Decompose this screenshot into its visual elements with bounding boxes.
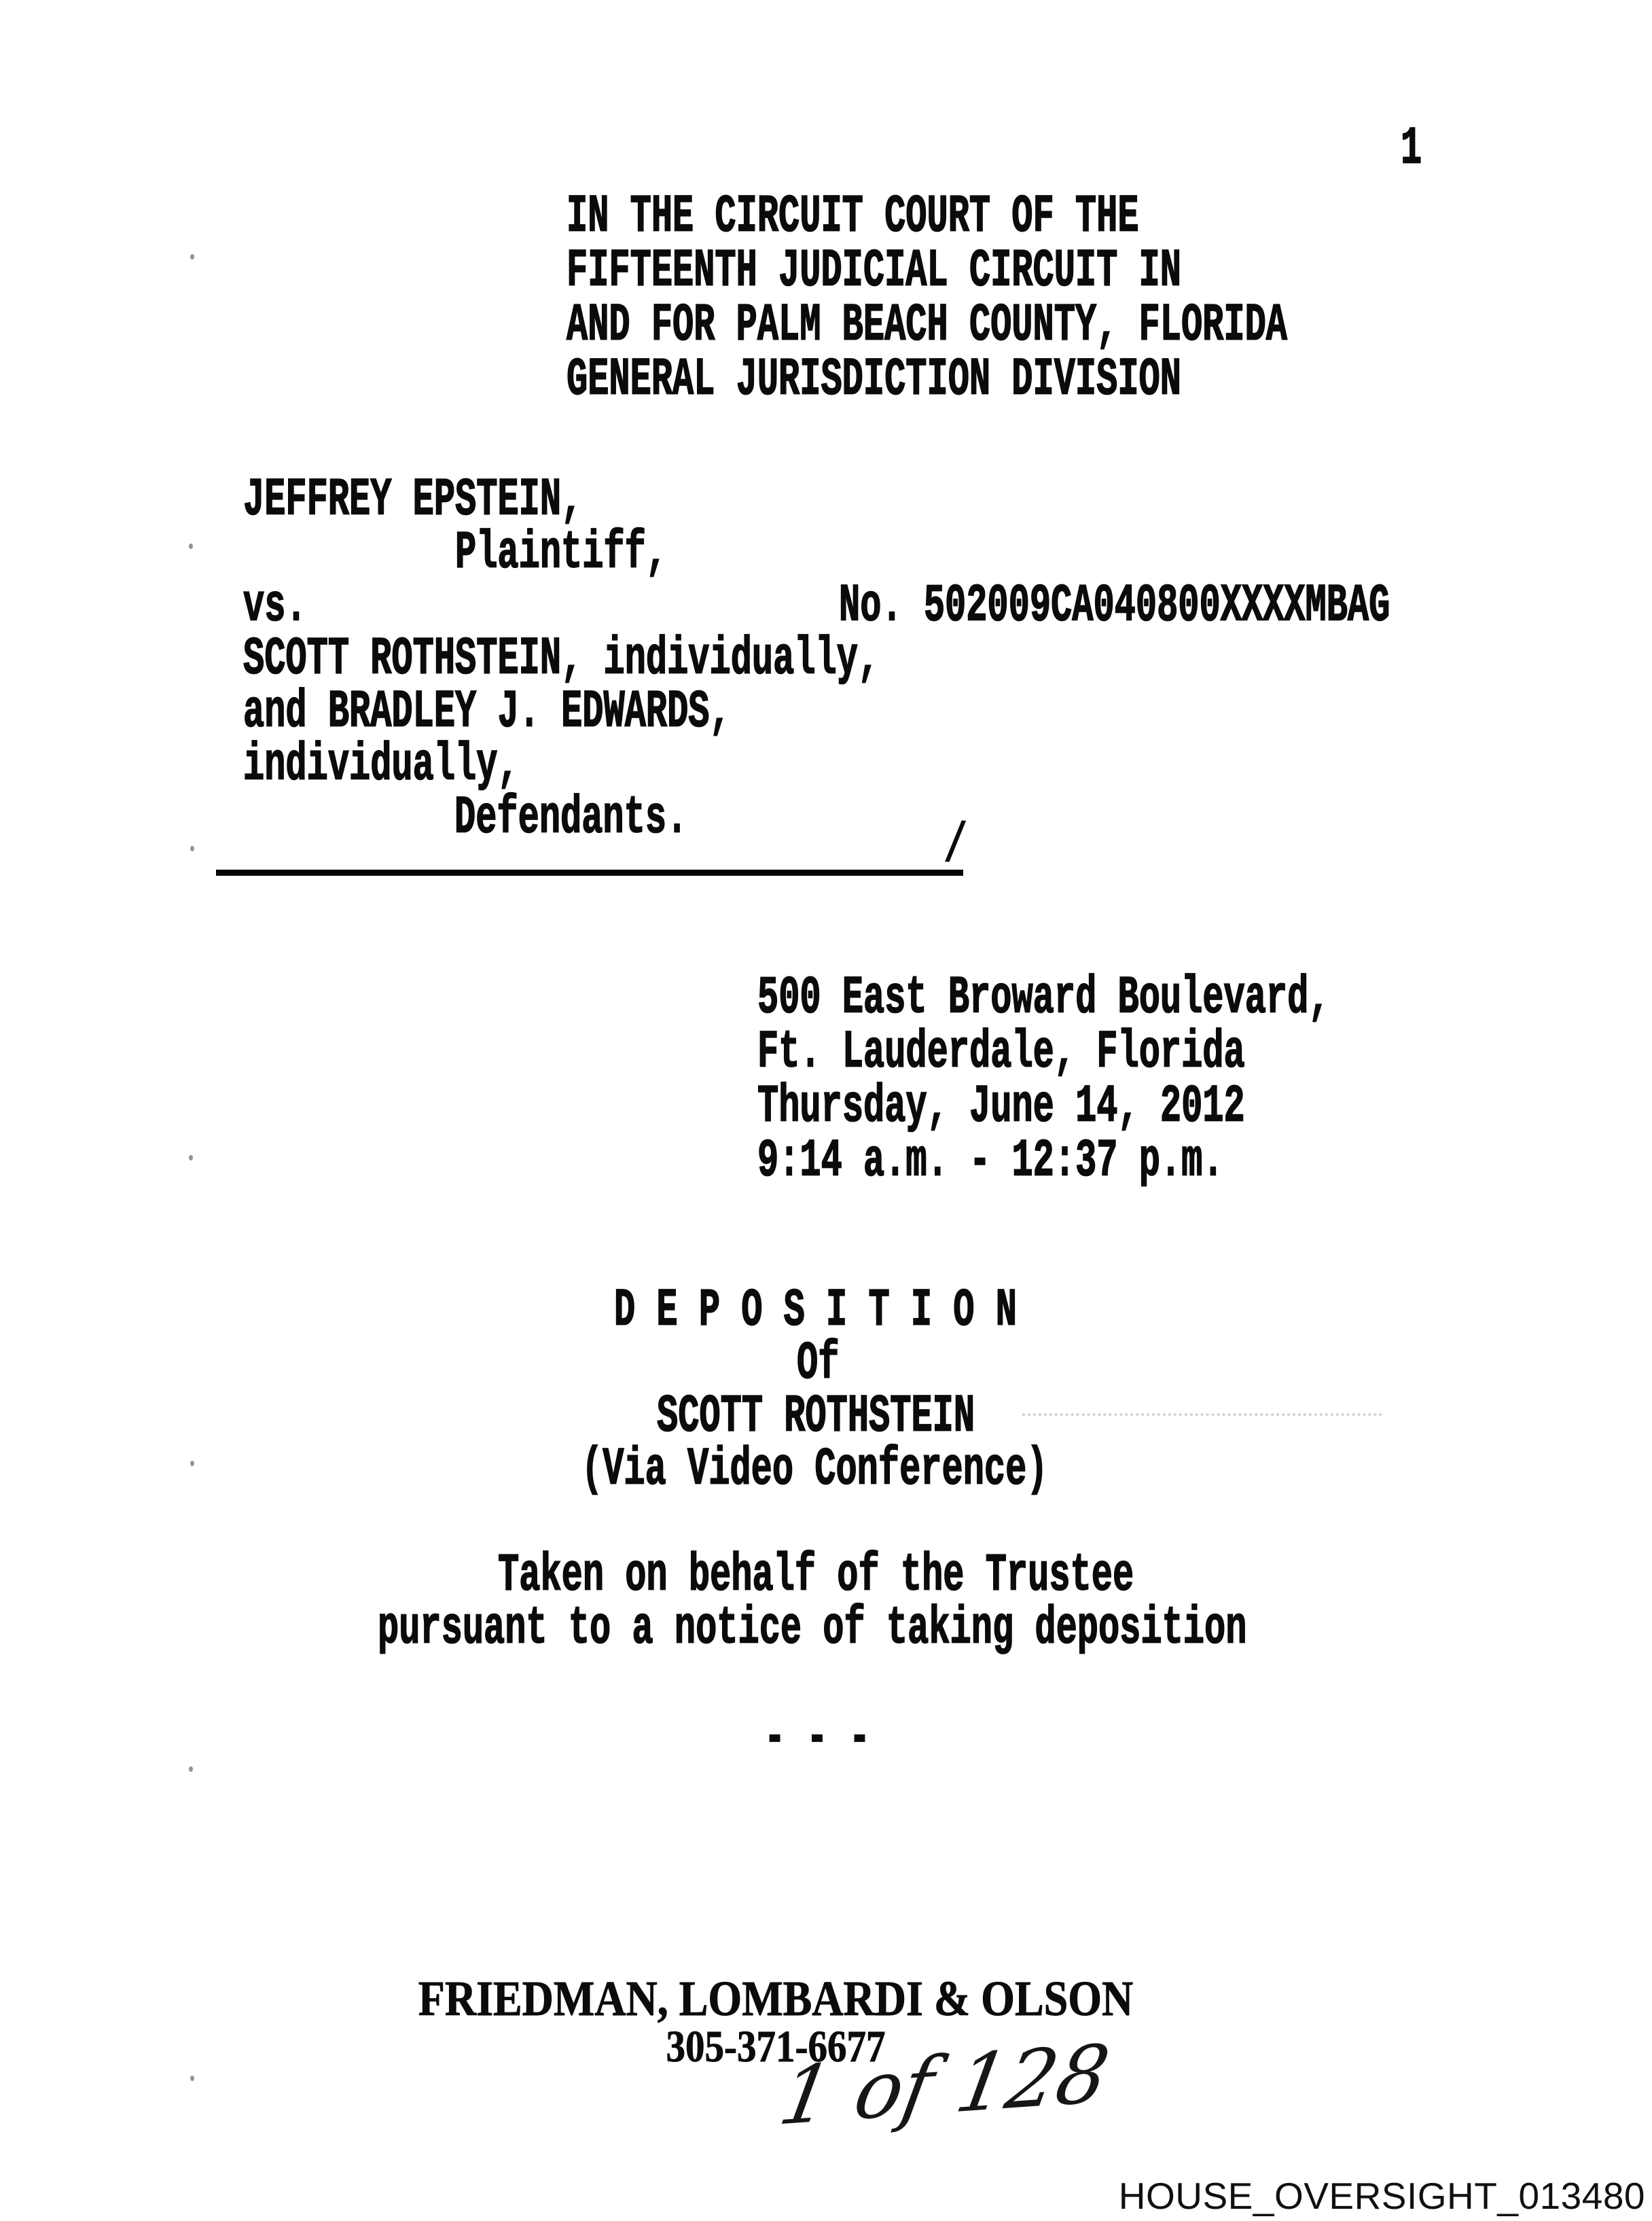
plaintiff-role: Plaintiff, — [455, 527, 667, 580]
scan-artifact-dot — [189, 544, 193, 549]
scan-artifact-dot — [190, 254, 194, 260]
scan-artifact-dot — [190, 2076, 194, 2081]
taken-on-behalf-line-1: Taken on behalf of the Trustee — [498, 1550, 1134, 1603]
venue-time: 9:14 a.m. - 12:37 p.m. — [757, 1135, 1224, 1188]
venue-address-line-2: Ft. Lauderdale, Florida — [757, 1027, 1245, 1080]
defendant-line-3: individually, — [243, 739, 519, 792]
taken-on-behalf-line-2: pursuant to a notice of taking depositio… — [378, 1603, 1246, 1656]
scan-artifact-dot — [190, 1461, 194, 1466]
versus-label: vs. — [243, 580, 307, 633]
caption-slash: / — [943, 819, 968, 877]
venue-date: Thursday, June 14, 2012 — [757, 1081, 1245, 1134]
plaintiff-name: JEFFREY EPSTEIN, — [243, 474, 582, 527]
via-video-conference: (Via Video Conference) — [581, 1444, 1048, 1497]
venue-address-line-1: 500 East Broward Boulevard, — [757, 972, 1330, 1025]
court-header-line-2: FIFTEENTH JUDICIAL CIRCUIT IN — [567, 245, 1181, 298]
deposition-of: Of — [797, 1338, 839, 1391]
deponent-name: SCOTT ROTHSTEIN — [657, 1391, 975, 1444]
defendants-role: Defendants. — [454, 792, 687, 845]
page-number: 1 — [1401, 123, 1422, 176]
defendant-line-1: SCOTT ROTHSTEIN, individually, — [243, 633, 879, 686]
court-header-line-3: AND FOR PALM BEACH COUNTY, FLORIDA — [567, 300, 1287, 353]
bates-number: HOUSE_OVERSIGHT_013480 — [1119, 2178, 1645, 2215]
scan-artifact-dot — [189, 1155, 193, 1160]
court-header-line-1: IN THE CIRCUIT COURT OF THE — [567, 191, 1139, 244]
defendant-line-2: and BRADLEY J. EDWARDS, — [243, 686, 731, 739]
deposition-title: D E P O S I T I O N — [614, 1285, 1017, 1338]
scan-artifact-dotted-line — [1022, 1413, 1382, 1416]
dash-separator: - - - — [764, 1712, 870, 1765]
scan-artifact-dot — [189, 1766, 193, 1772]
scan-artifact-dot — [190, 846, 194, 851]
case-number: No. 502009CA040800XXXXMBAG — [839, 580, 1390, 633]
document-page: 1 IN THE CIRCUIT COURT OF THE FIFTEENTH … — [0, 0, 1652, 2221]
firm-name: FRIEDMAN, LOMBARDI & OLSON — [418, 1974, 1133, 2024]
court-header-line-4: GENERAL JURISDICTION DIVISION — [567, 354, 1181, 407]
caption-separator-line — [216, 870, 963, 876]
handwritten-page-count: 1 of 128 — [774, 2034, 1114, 2137]
